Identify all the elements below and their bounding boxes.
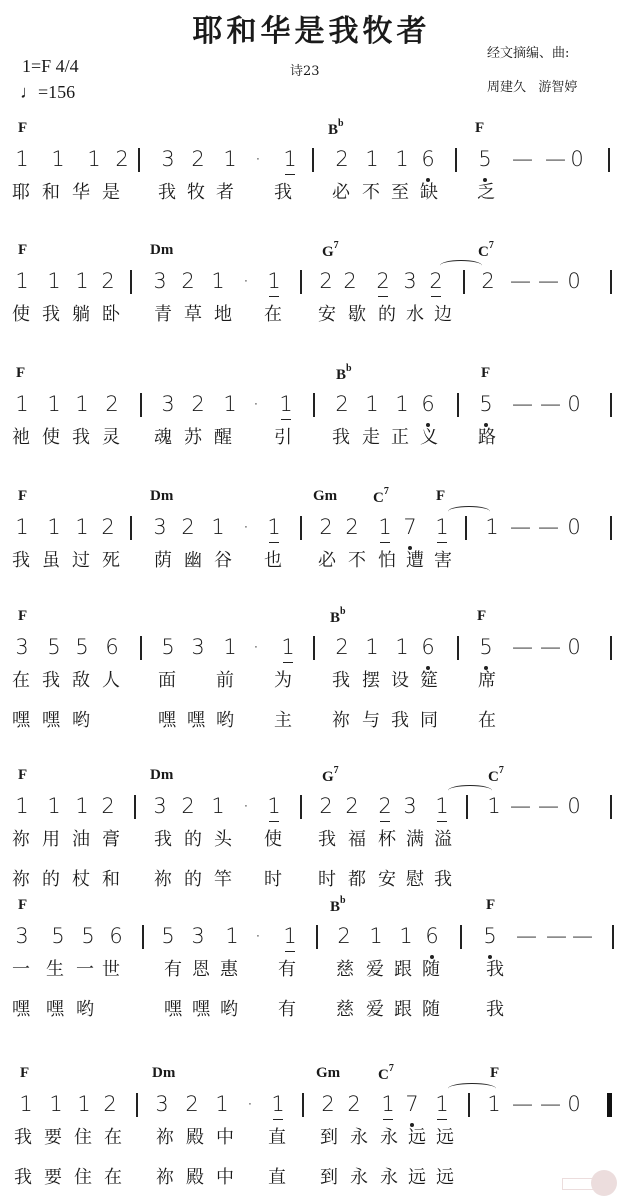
lyric-char: 哟 bbox=[74, 999, 96, 1021]
note: 7 bbox=[402, 514, 418, 540]
lyric-char: 要 bbox=[42, 1167, 64, 1189]
note: 1 bbox=[266, 268, 282, 294]
lyric-char: 油 bbox=[70, 829, 92, 851]
chord-symbol: C7 bbox=[378, 1065, 394, 1084]
lyric-char: 时 bbox=[316, 869, 338, 891]
note: 5 bbox=[477, 146, 493, 172]
lyric-char: 敌 bbox=[70, 670, 92, 692]
lyric-char: 祢 bbox=[10, 829, 32, 851]
lyric-char: 的 bbox=[182, 869, 204, 891]
barline bbox=[457, 636, 459, 660]
note: 2 bbox=[375, 268, 391, 294]
barline bbox=[300, 516, 302, 540]
lyric-char: 耶 bbox=[10, 182, 32, 204]
lyric-char: 哟 bbox=[218, 999, 240, 1021]
lyric-char: 我 bbox=[330, 427, 352, 449]
lyric-char: 远 bbox=[434, 1167, 456, 1189]
barline bbox=[302, 1093, 304, 1117]
dash-extension: — bbox=[516, 923, 532, 949]
lyric-char: 草 bbox=[182, 304, 204, 326]
barline bbox=[610, 270, 612, 294]
note: 5 bbox=[160, 923, 176, 949]
lyric-char: 福 bbox=[346, 829, 368, 851]
chord-symbol: C7 bbox=[373, 488, 389, 507]
lyric-char: 哟 bbox=[70, 710, 92, 732]
barline bbox=[130, 516, 132, 540]
lyric-char: 谷 bbox=[212, 550, 234, 572]
lyric-char: 中 bbox=[214, 1167, 236, 1189]
chord-symbol: F bbox=[16, 365, 25, 382]
lyric-char: 永 bbox=[378, 1127, 400, 1149]
barline bbox=[142, 925, 144, 949]
dash-extension: — bbox=[512, 634, 528, 660]
note: 1 bbox=[282, 923, 298, 949]
chord-symbol: F bbox=[475, 120, 484, 137]
lyric-char: 中 bbox=[214, 1127, 236, 1149]
lyric-char: 我 bbox=[12, 1127, 34, 1149]
tie-arc bbox=[448, 785, 492, 796]
lyric-char: 在 bbox=[102, 1127, 124, 1149]
chord-symbol: G7 bbox=[322, 767, 339, 786]
lyric-char: 魂 bbox=[152, 427, 174, 449]
note: 1 bbox=[398, 923, 414, 949]
notation-line: 1112321·1222311——0 bbox=[0, 793, 623, 823]
lyric-char: 都 bbox=[346, 869, 368, 891]
lyric-char: 在 bbox=[476, 710, 498, 732]
note: 3 bbox=[152, 514, 168, 540]
lyric-line: 祂使我灵魂苏醒引我走正义路 bbox=[0, 427, 623, 451]
lyric-char: 远 bbox=[406, 1167, 428, 1189]
lyric-char: 安 bbox=[376, 869, 398, 891]
dash-extension: — bbox=[512, 391, 528, 417]
lyric-char: 醒 bbox=[212, 427, 234, 449]
notation-line: 1112321·1222322——0 bbox=[0, 268, 623, 298]
dash-extension: — bbox=[540, 634, 556, 660]
note: 0 bbox=[566, 1091, 582, 1117]
note: 3 bbox=[14, 923, 30, 949]
lyric-char: 永 bbox=[378, 1167, 400, 1189]
note: 2 bbox=[377, 793, 393, 819]
note: 3 bbox=[152, 268, 168, 294]
key-time-signature: 1=F 4/4 bbox=[22, 56, 79, 77]
note: 2 bbox=[190, 391, 206, 417]
note: 2 bbox=[336, 923, 352, 949]
lyric-char: 缺 bbox=[418, 182, 440, 204]
note: 1 bbox=[74, 268, 90, 294]
notation-line: 1112321·121165——0 bbox=[0, 391, 623, 421]
note: 1 bbox=[14, 793, 30, 819]
note: 1 bbox=[486, 793, 502, 819]
lyric-char: 竿 bbox=[212, 869, 234, 891]
lyric-char: 安 bbox=[316, 304, 338, 326]
barline bbox=[457, 393, 459, 417]
dash-extension: — bbox=[572, 923, 588, 949]
note: 2 bbox=[344, 514, 360, 540]
note: 2 bbox=[114, 146, 130, 172]
lyric-char: 主 bbox=[272, 710, 294, 732]
note: 0 bbox=[569, 146, 585, 172]
barline bbox=[610, 795, 612, 819]
lyric-char: 使 bbox=[10, 304, 32, 326]
credit-names: 周建久 游智婷 bbox=[487, 76, 577, 95]
barline bbox=[140, 636, 142, 660]
lyric-char: 席 bbox=[476, 670, 498, 692]
note: 1 bbox=[14, 146, 30, 172]
lyric-char: 跟 bbox=[392, 959, 414, 981]
lyric-line: 一生一世有恩惠有慈爱跟随我 bbox=[0, 959, 623, 983]
lyric-char: 卧 bbox=[100, 304, 122, 326]
lyric-char: 恩 bbox=[190, 959, 212, 981]
lyric-char: 我 bbox=[389, 710, 411, 732]
lyric-char: 远 bbox=[406, 1127, 428, 1149]
lyric-char: 义 bbox=[418, 427, 440, 449]
note: 1 bbox=[394, 634, 410, 660]
lyric-char: 也 bbox=[262, 550, 284, 572]
lyric-char: 住 bbox=[72, 1127, 94, 1149]
lyric-char: 直 bbox=[266, 1127, 288, 1149]
note: 3 bbox=[402, 793, 418, 819]
note: 6 bbox=[108, 923, 124, 949]
lyric-char: 一 bbox=[10, 959, 32, 981]
note: 2 bbox=[190, 146, 206, 172]
lyric-char: 嘿 bbox=[156, 710, 178, 732]
lyric-char: 虽 bbox=[40, 550, 62, 572]
score-row: FDmGmC7F1112321·1221711——0我要住在祢殿中直到永永远远我… bbox=[0, 1065, 623, 1200]
lyric-char: 我 bbox=[272, 182, 294, 204]
lyric-char: 殿 bbox=[184, 1167, 206, 1189]
note: 1 bbox=[214, 1091, 230, 1117]
note: 1 bbox=[394, 391, 410, 417]
lyric-char: 直 bbox=[266, 1167, 288, 1189]
chord-symbol: Dm bbox=[152, 1065, 175, 1082]
lyric-char: 的 bbox=[376, 304, 398, 326]
score-row: FBbF1112321·121165——0祂使我灵魂苏醒引我走正义路 bbox=[0, 365, 623, 505]
note: 1 bbox=[18, 1091, 34, 1117]
chord-symbol: Dm bbox=[150, 242, 173, 259]
lyric-char: 一 bbox=[74, 959, 96, 981]
note: 1 bbox=[74, 391, 90, 417]
score-row: FDmG7C71112321·1222322——0使我躺卧青草地在安歇的水边 bbox=[0, 242, 623, 382]
lyric-char: 死 bbox=[100, 550, 122, 572]
chord-symbol: Gm bbox=[313, 488, 337, 505]
note: 1 bbox=[486, 1091, 502, 1117]
lyric-char: 到 bbox=[318, 1167, 340, 1189]
note: 6 bbox=[424, 923, 440, 949]
dot-extension: · bbox=[248, 391, 264, 417]
note: 2 bbox=[318, 793, 334, 819]
note: 1 bbox=[364, 634, 380, 660]
barline bbox=[608, 148, 610, 172]
lyric-char: 设 bbox=[389, 670, 411, 692]
lyric-char: 住 bbox=[72, 1167, 94, 1189]
lyric-char: 时 bbox=[262, 869, 284, 891]
note: 1 bbox=[210, 514, 226, 540]
note: 2 bbox=[346, 1091, 362, 1117]
note: 1 bbox=[74, 793, 90, 819]
lyric-char: 不 bbox=[360, 182, 382, 204]
note: 1 bbox=[86, 146, 102, 172]
lyric-char: 的 bbox=[40, 869, 62, 891]
chord-symbol: F bbox=[486, 897, 495, 914]
lyric-char: 我 bbox=[10, 550, 32, 572]
note: 1 bbox=[224, 923, 240, 949]
lyric-char: 祢 bbox=[10, 869, 32, 891]
note: 5 bbox=[482, 923, 498, 949]
note: 2 bbox=[344, 793, 360, 819]
lyric-char: 地 bbox=[212, 304, 234, 326]
lyric-char: 殿 bbox=[184, 1127, 206, 1149]
chord-symbol: F bbox=[18, 897, 27, 914]
lyric-line: 耶和华是我牧者我必不至缺乏 bbox=[0, 182, 623, 206]
note: 2 bbox=[180, 514, 196, 540]
note: 1 bbox=[377, 514, 393, 540]
note: 2 bbox=[100, 793, 116, 819]
dash-extension: — bbox=[512, 146, 528, 172]
note: 2 bbox=[180, 793, 196, 819]
note: 1 bbox=[434, 793, 450, 819]
barline bbox=[316, 925, 318, 949]
chord-symbol: Bb bbox=[330, 608, 346, 627]
lyric-line: 祢的杖和祢的竿时时都安慰我 bbox=[0, 869, 623, 893]
lyric-char: 祢 bbox=[154, 1167, 176, 1189]
barline bbox=[300, 795, 302, 819]
scripture-source: 诗23 bbox=[290, 60, 320, 79]
note: 0 bbox=[566, 514, 582, 540]
lyric-char: 慈 bbox=[334, 999, 356, 1021]
note: 2 bbox=[180, 268, 196, 294]
barline bbox=[313, 636, 315, 660]
chord-symbol: F bbox=[18, 120, 27, 137]
lyric-char: 我 bbox=[330, 670, 352, 692]
lyric-char: 杯 bbox=[376, 829, 398, 851]
note: 0 bbox=[566, 793, 582, 819]
notation-line: 3556531·121165——— bbox=[0, 923, 623, 953]
note: 1 bbox=[14, 268, 30, 294]
lyric-line: 嘿嘿哟嘿嘿哟有慈爱跟随我 bbox=[0, 999, 623, 1023]
note: 2 bbox=[320, 1091, 336, 1117]
lyric-char: 膏 bbox=[100, 829, 122, 851]
lyric-char: 世 bbox=[100, 959, 122, 981]
note: 1 bbox=[14, 514, 30, 540]
note: 1 bbox=[280, 634, 296, 660]
note: 2 bbox=[318, 268, 334, 294]
lyric-char: 到 bbox=[318, 1127, 340, 1149]
note: 3 bbox=[402, 268, 418, 294]
dash-extension: — bbox=[538, 268, 554, 294]
lyric-char: 嘿 bbox=[190, 999, 212, 1021]
lyric-char: 面 bbox=[156, 670, 178, 692]
lyric-char: 有 bbox=[276, 999, 298, 1021]
barline bbox=[465, 516, 467, 540]
lyric-char: 至 bbox=[389, 182, 411, 204]
lyric-char: 的 bbox=[182, 829, 204, 851]
note: 2 bbox=[104, 391, 120, 417]
lyric-char: 歇 bbox=[346, 304, 368, 326]
notation-line: 1112321·1221711——0 bbox=[0, 514, 623, 544]
dot-extension: · bbox=[250, 923, 266, 949]
dash-extension: — bbox=[510, 793, 526, 819]
dash-extension: — bbox=[510, 514, 526, 540]
note: 1 bbox=[76, 1091, 92, 1117]
chord-symbol: G7 bbox=[322, 242, 339, 261]
lyric-char: 青 bbox=[152, 304, 174, 326]
note: 5 bbox=[478, 391, 494, 417]
barline bbox=[460, 925, 462, 949]
lyric-char: 正 bbox=[389, 427, 411, 449]
notation-line: 3556531·121165——0 bbox=[0, 634, 623, 664]
lyric-char: 为 bbox=[272, 670, 294, 692]
lyric-char: 走 bbox=[360, 427, 382, 449]
note: 3 bbox=[190, 923, 206, 949]
chord-symbol: F bbox=[436, 488, 445, 505]
lyric-line: 在我敌人面前为我摆设筵席 bbox=[0, 670, 623, 694]
lyric-char: 我 bbox=[484, 999, 506, 1021]
barline bbox=[130, 270, 132, 294]
lyric-char: 我 bbox=[12, 1167, 34, 1189]
lyric-char: 惠 bbox=[218, 959, 240, 981]
score-row: FDmG7C71112321·1222311——0祢用油膏我的头使我福杯满溢祢的… bbox=[0, 767, 623, 907]
note: 2 bbox=[334, 146, 350, 172]
note: 1 bbox=[364, 146, 380, 172]
lyric-char: 前 bbox=[214, 670, 236, 692]
lyric-char: 我 bbox=[40, 670, 62, 692]
score-row: FBbF3556531·121165———一生一世有恩惠有慈爱跟随我嘿嘿哟嘿嘿哟… bbox=[0, 897, 623, 1037]
lyric-char: 哟 bbox=[214, 710, 236, 732]
note: 0 bbox=[566, 634, 582, 660]
dot-extension: · bbox=[238, 514, 254, 540]
lyric-char: 者 bbox=[214, 182, 236, 204]
lyric-char: 荫 bbox=[152, 550, 174, 572]
note: 3 bbox=[160, 391, 176, 417]
lyric-char: 嘿 bbox=[40, 710, 62, 732]
barline bbox=[300, 270, 302, 294]
barline bbox=[610, 636, 612, 660]
note: 2 bbox=[318, 514, 334, 540]
lyric-char: 引 bbox=[272, 427, 294, 449]
lyric-char: 遭 bbox=[404, 550, 426, 572]
barline bbox=[138, 148, 140, 172]
note: 5 bbox=[74, 634, 90, 660]
barline bbox=[136, 1093, 138, 1117]
lyric-char: 水 bbox=[404, 304, 426, 326]
barline bbox=[134, 795, 136, 819]
barline bbox=[463, 270, 465, 294]
note: 2 bbox=[102, 1091, 118, 1117]
note: 5 bbox=[80, 923, 96, 949]
lyric-char: 怕 bbox=[376, 550, 398, 572]
score-row: FBbF1112321·121165——0耶和华是我牧者我必不至缺乏 bbox=[0, 120, 623, 260]
barline bbox=[466, 795, 468, 819]
lyric-char: 祢 bbox=[154, 1127, 176, 1149]
lyric-char: 我 bbox=[484, 959, 506, 981]
lyric-char: 害 bbox=[432, 550, 454, 572]
lyric-char: 慈 bbox=[334, 959, 356, 981]
lyric-char: 有 bbox=[162, 959, 184, 981]
note: 3 bbox=[152, 793, 168, 819]
lyric-char: 永 bbox=[348, 1167, 370, 1189]
lyric-char: 不 bbox=[346, 550, 368, 572]
chord-symbol: Dm bbox=[150, 488, 173, 505]
dash-extension: — bbox=[545, 146, 561, 172]
dot-extension: · bbox=[250, 146, 266, 172]
watermark-logo-icon bbox=[562, 1170, 617, 1196]
lyric-char: 与 bbox=[360, 710, 382, 732]
note: 6 bbox=[420, 634, 436, 660]
lyric-line: 祢用油膏我的头使我福杯满溢 bbox=[0, 829, 623, 853]
note: 1 bbox=[50, 146, 66, 172]
dash-extension: — bbox=[540, 391, 556, 417]
lyric-char: 满 bbox=[404, 829, 426, 851]
note: 1 bbox=[434, 514, 450, 540]
tie-arc bbox=[440, 260, 482, 271]
score-row: FDmGmC7F1112321·1221711——0我虽过死荫幽谷也必不怕遭害 bbox=[0, 488, 623, 628]
lyric-char: 永 bbox=[348, 1127, 370, 1149]
note: 1 bbox=[46, 514, 62, 540]
note: 1 bbox=[434, 1091, 450, 1117]
lyric-char: 嘿 bbox=[44, 999, 66, 1021]
lyric-char: 我 bbox=[316, 829, 338, 851]
lyric-line: 我要住在祢殿中直到永永远远 bbox=[0, 1167, 623, 1191]
dash-extension: — bbox=[538, 793, 554, 819]
note: 2 bbox=[480, 268, 496, 294]
chord-symbol: C7 bbox=[478, 242, 494, 261]
note: 5 bbox=[478, 634, 494, 660]
note: 2 bbox=[100, 268, 116, 294]
credit-label: 经文摘编、曲: bbox=[487, 42, 569, 61]
lyric-char: 躺 bbox=[70, 304, 92, 326]
chord-symbol: Bb bbox=[336, 365, 352, 384]
lyric-line: 嘿嘿哟嘿嘿哟主祢与我同在 bbox=[0, 710, 623, 734]
note: 1 bbox=[380, 1091, 396, 1117]
note: 2 bbox=[100, 514, 116, 540]
note: 1 bbox=[278, 391, 294, 417]
note: 1 bbox=[222, 146, 238, 172]
tempo-marking: ♩=156 bbox=[20, 82, 75, 103]
lyric-char: 我 bbox=[156, 182, 178, 204]
dot-extension: · bbox=[248, 634, 264, 660]
dash-extension: — bbox=[512, 1091, 528, 1117]
lyric-char: 用 bbox=[40, 829, 62, 851]
note: 1 bbox=[394, 146, 410, 172]
lyric-char: 我 bbox=[152, 829, 174, 851]
lyric-char: 幽 bbox=[182, 550, 204, 572]
lyric-char: 慰 bbox=[404, 869, 426, 891]
lyric-char: 过 bbox=[70, 550, 92, 572]
lyric-char: 爱 bbox=[364, 999, 386, 1021]
lyric-char: 是 bbox=[100, 182, 122, 204]
dot-extension: · bbox=[242, 1091, 258, 1117]
lyric-char: 嘿 bbox=[10, 999, 32, 1021]
lyric-char: 使 bbox=[262, 829, 284, 851]
note: 3 bbox=[160, 146, 176, 172]
note: 3 bbox=[190, 634, 206, 660]
barline bbox=[455, 148, 457, 172]
dash-extension: — bbox=[540, 1091, 556, 1117]
note: 1 bbox=[484, 514, 500, 540]
lyric-char: 必 bbox=[316, 550, 338, 572]
lyric-char: 牧 bbox=[185, 182, 207, 204]
lyric-char: 筵 bbox=[418, 670, 440, 692]
notation-line: 1112321·121165——0 bbox=[0, 146, 623, 176]
note: 3 bbox=[154, 1091, 170, 1117]
note: 0 bbox=[566, 268, 582, 294]
lyric-char: 摆 bbox=[360, 670, 382, 692]
lyric-char: 嘿 bbox=[10, 710, 32, 732]
barline bbox=[140, 393, 142, 417]
note: 1 bbox=[46, 391, 62, 417]
lyric-char: 爱 bbox=[364, 959, 386, 981]
note: 1 bbox=[270, 1091, 286, 1117]
